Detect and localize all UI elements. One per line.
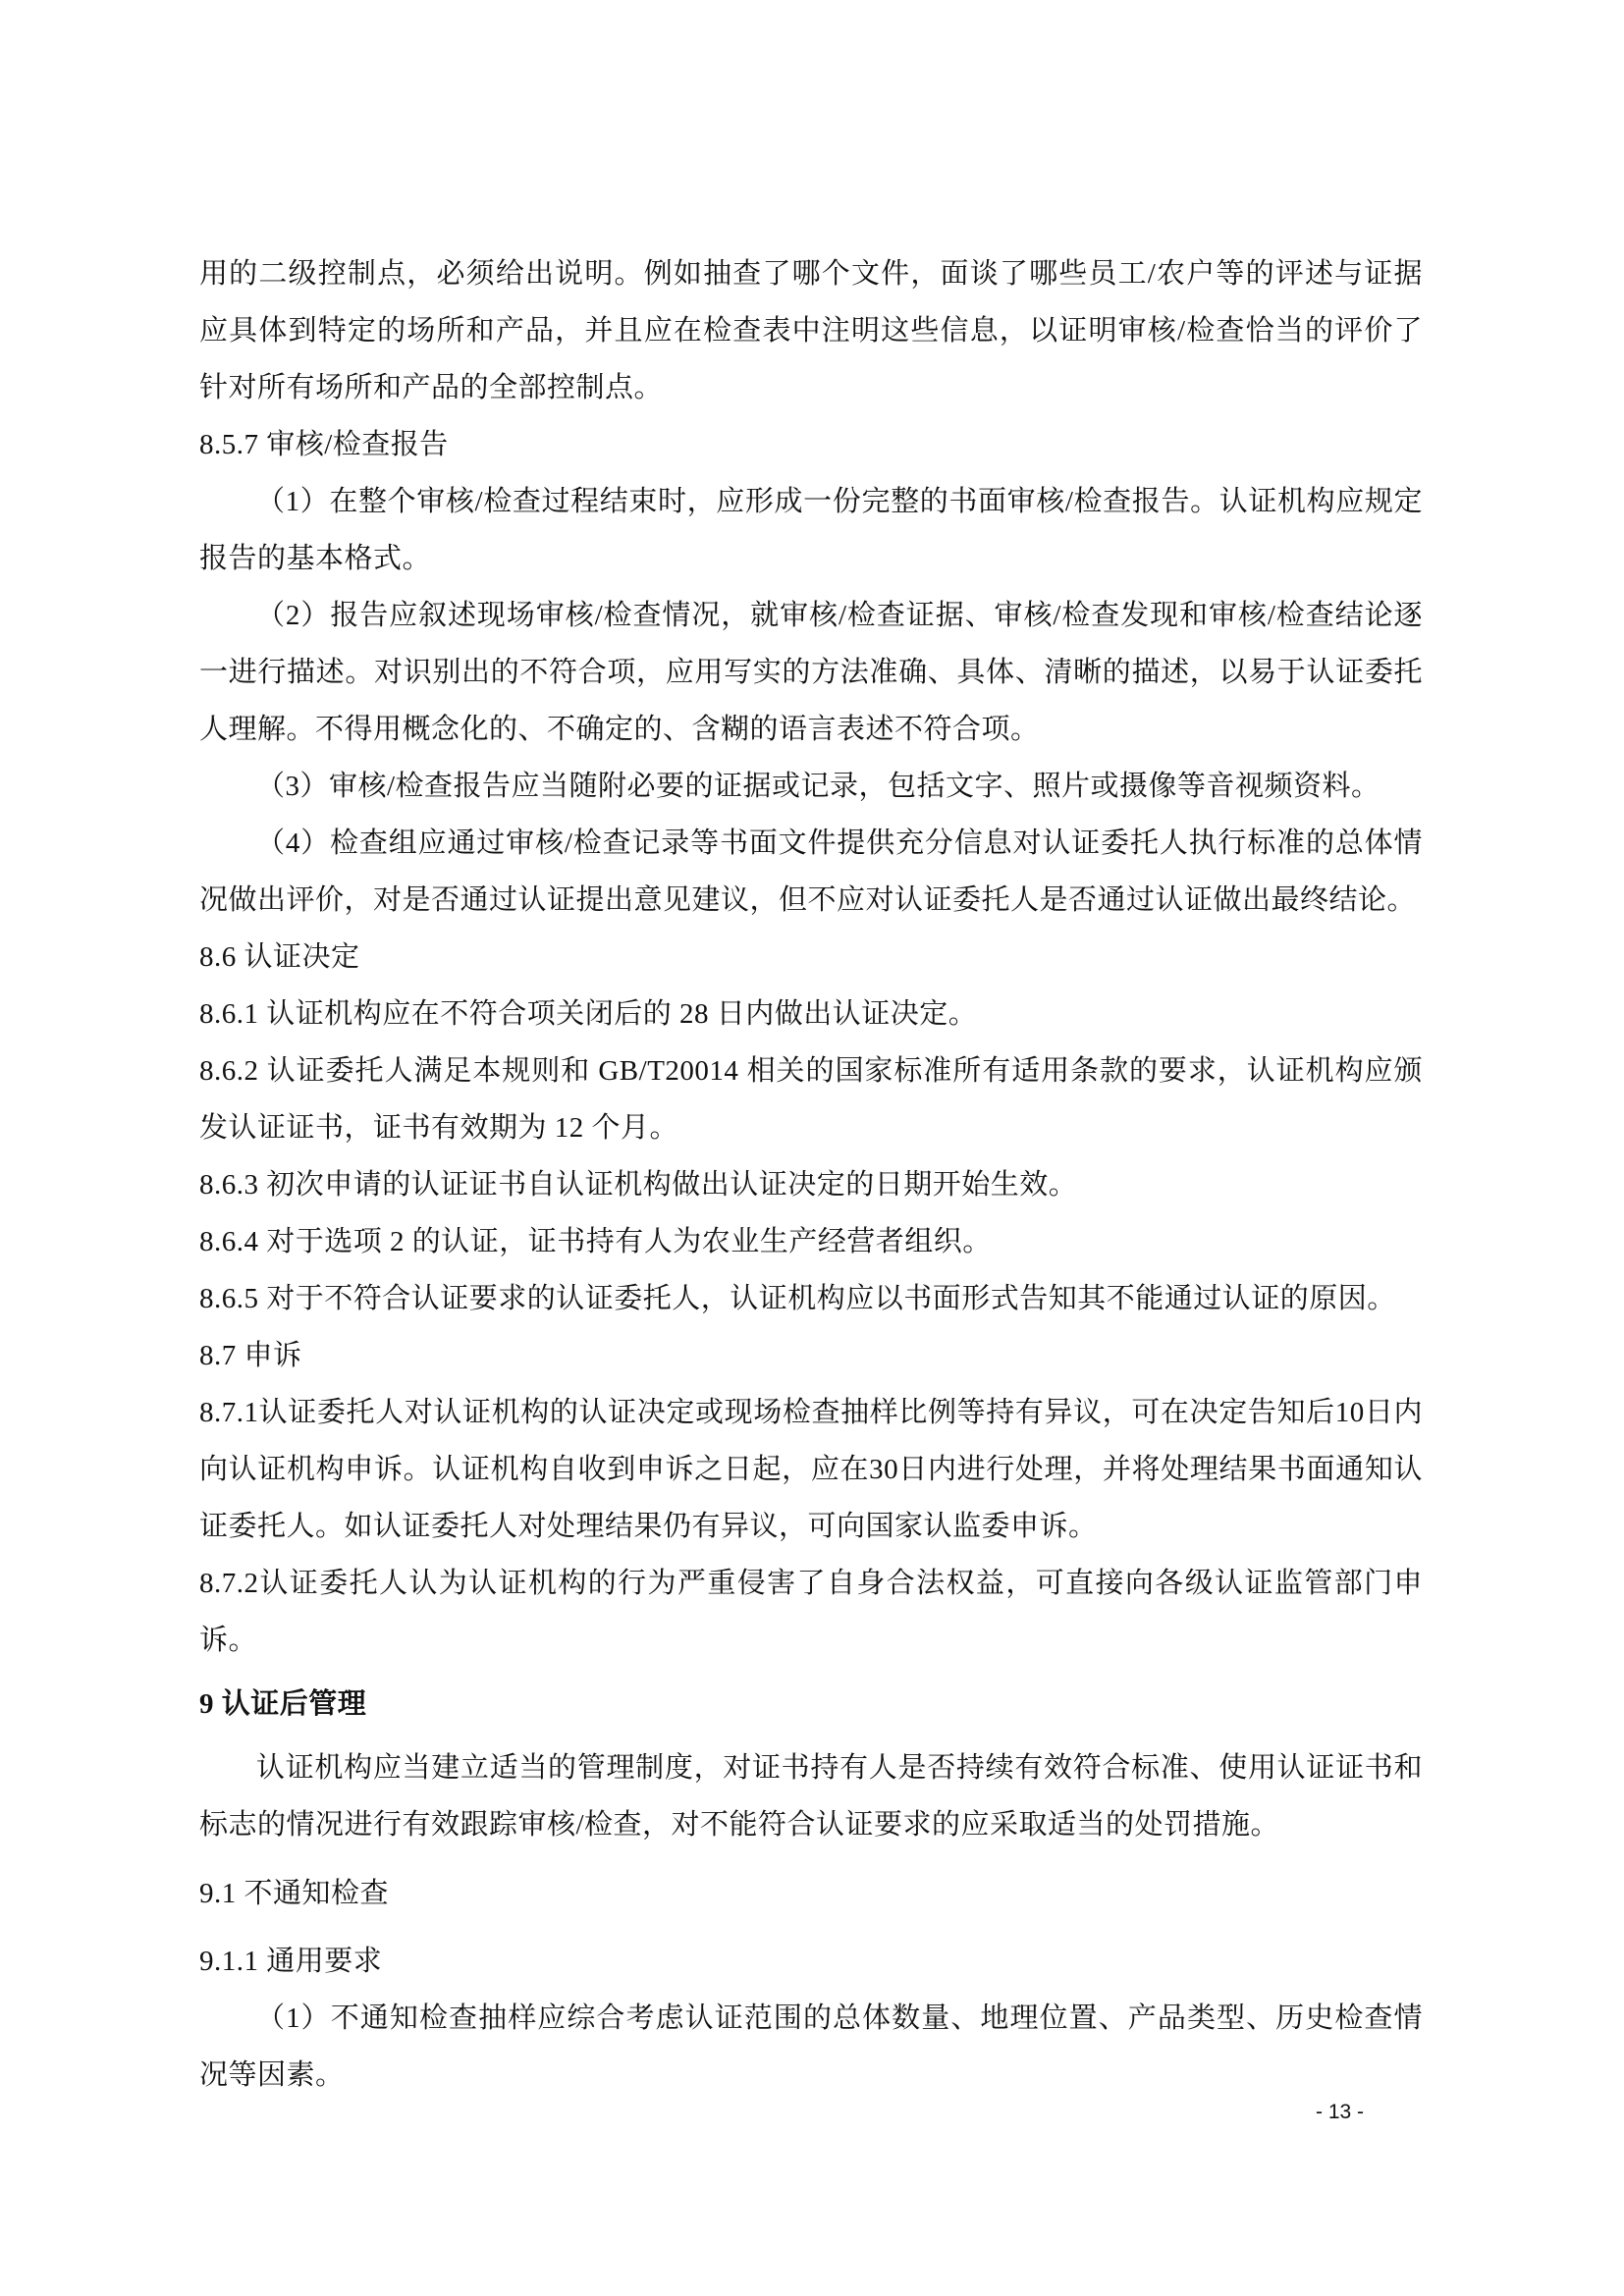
paragraph-item-3: （3）审核/检查报告应当随附必要的证据或记录，包括文字、照片或摄像等音视频资料。 [199,758,1423,815]
clause-8-6-4: 8.6.4 对于选项 2 的认证，证书持有人为农业生产经营者组织。 [199,1213,1423,1270]
section-heading-9-1-1: 9.1.1 通用要求 [199,1933,1423,1990]
paragraph-chapter-9-intro: 认证机构应当建立适当的管理制度，对证书持有人是否持续有效符合标准、使用认证证书和… [199,1739,1423,1853]
chapter-heading-9: 9 认证后管理 [199,1676,1423,1733]
section-heading-8-5-7: 8.5.7 审核/检查报告 [199,416,1423,473]
page-number: - 13 - [1316,2099,1364,2126]
clause-8-6-5: 8.6.5 对于不符合认证要求的认证委托人，认证机构应以书面形式告知其不能通过认… [199,1270,1423,1327]
clause-8-6-3: 8.6.3 初次申请的认证证书自认证机构做出认证决定的日期开始生效。 [199,1156,1423,1213]
paragraph-continued: 用的二级控制点，必须给出说明。例如抽查了哪个文件，面谈了哪些员工/农户等的评述与… [199,245,1423,416]
document-page: 用的二级控制点，必须给出说明。例如抽查了哪个文件，面谈了哪些员工/农户等的评述与… [0,0,1624,2296]
section-heading-8-7: 8.7 申诉 [199,1327,1423,1384]
clause-8-6-1: 8.6.1 认证机构应在不符合项关闭后的 28 日内做出认证决定。 [199,986,1423,1042]
paragraph-item-1: （1）在整个审核/检查过程结束时，应形成一份完整的书面审核/检查报告。认证机构应… [199,473,1423,587]
section-heading-9-1: 9.1 不通知检查 [199,1865,1423,1922]
paragraph-9-1-1-item-1: （1）不通知检查抽样应综合考虑认证范围的总体数量、地理位置、产品类型、历史检查情… [199,1990,1423,2104]
paragraph-item-4: （4）检查组应通过审核/检查记录等书面文件提供充分信息对认证委托人执行标准的总体… [199,815,1423,929]
paragraph-item-2: （2）报告应叙述现场审核/检查情况，就审核/检查证据、审核/检查发现和审核/检查… [199,587,1423,758]
clause-8-7-1: 8.7.1认证委托人对认证机构的认证决定或现场检查抽样比例等持有异议，可在决定告… [199,1384,1423,1555]
clause-8-7-2: 8.7.2认证委托人认为认证机构的行为严重侵害了自身合法权益，可直接向各级认证监… [199,1555,1423,1669]
document-body: 用的二级控制点，必须给出说明。例如抽查了哪个文件，面谈了哪些员工/农户等的评述与… [199,0,1423,2104]
section-heading-8-6: 8.6 认证决定 [199,929,1423,986]
clause-8-6-2: 8.6.2 认证委托人满足本规则和 GB/T20014 相关的国家标准所有适用条… [199,1042,1423,1156]
